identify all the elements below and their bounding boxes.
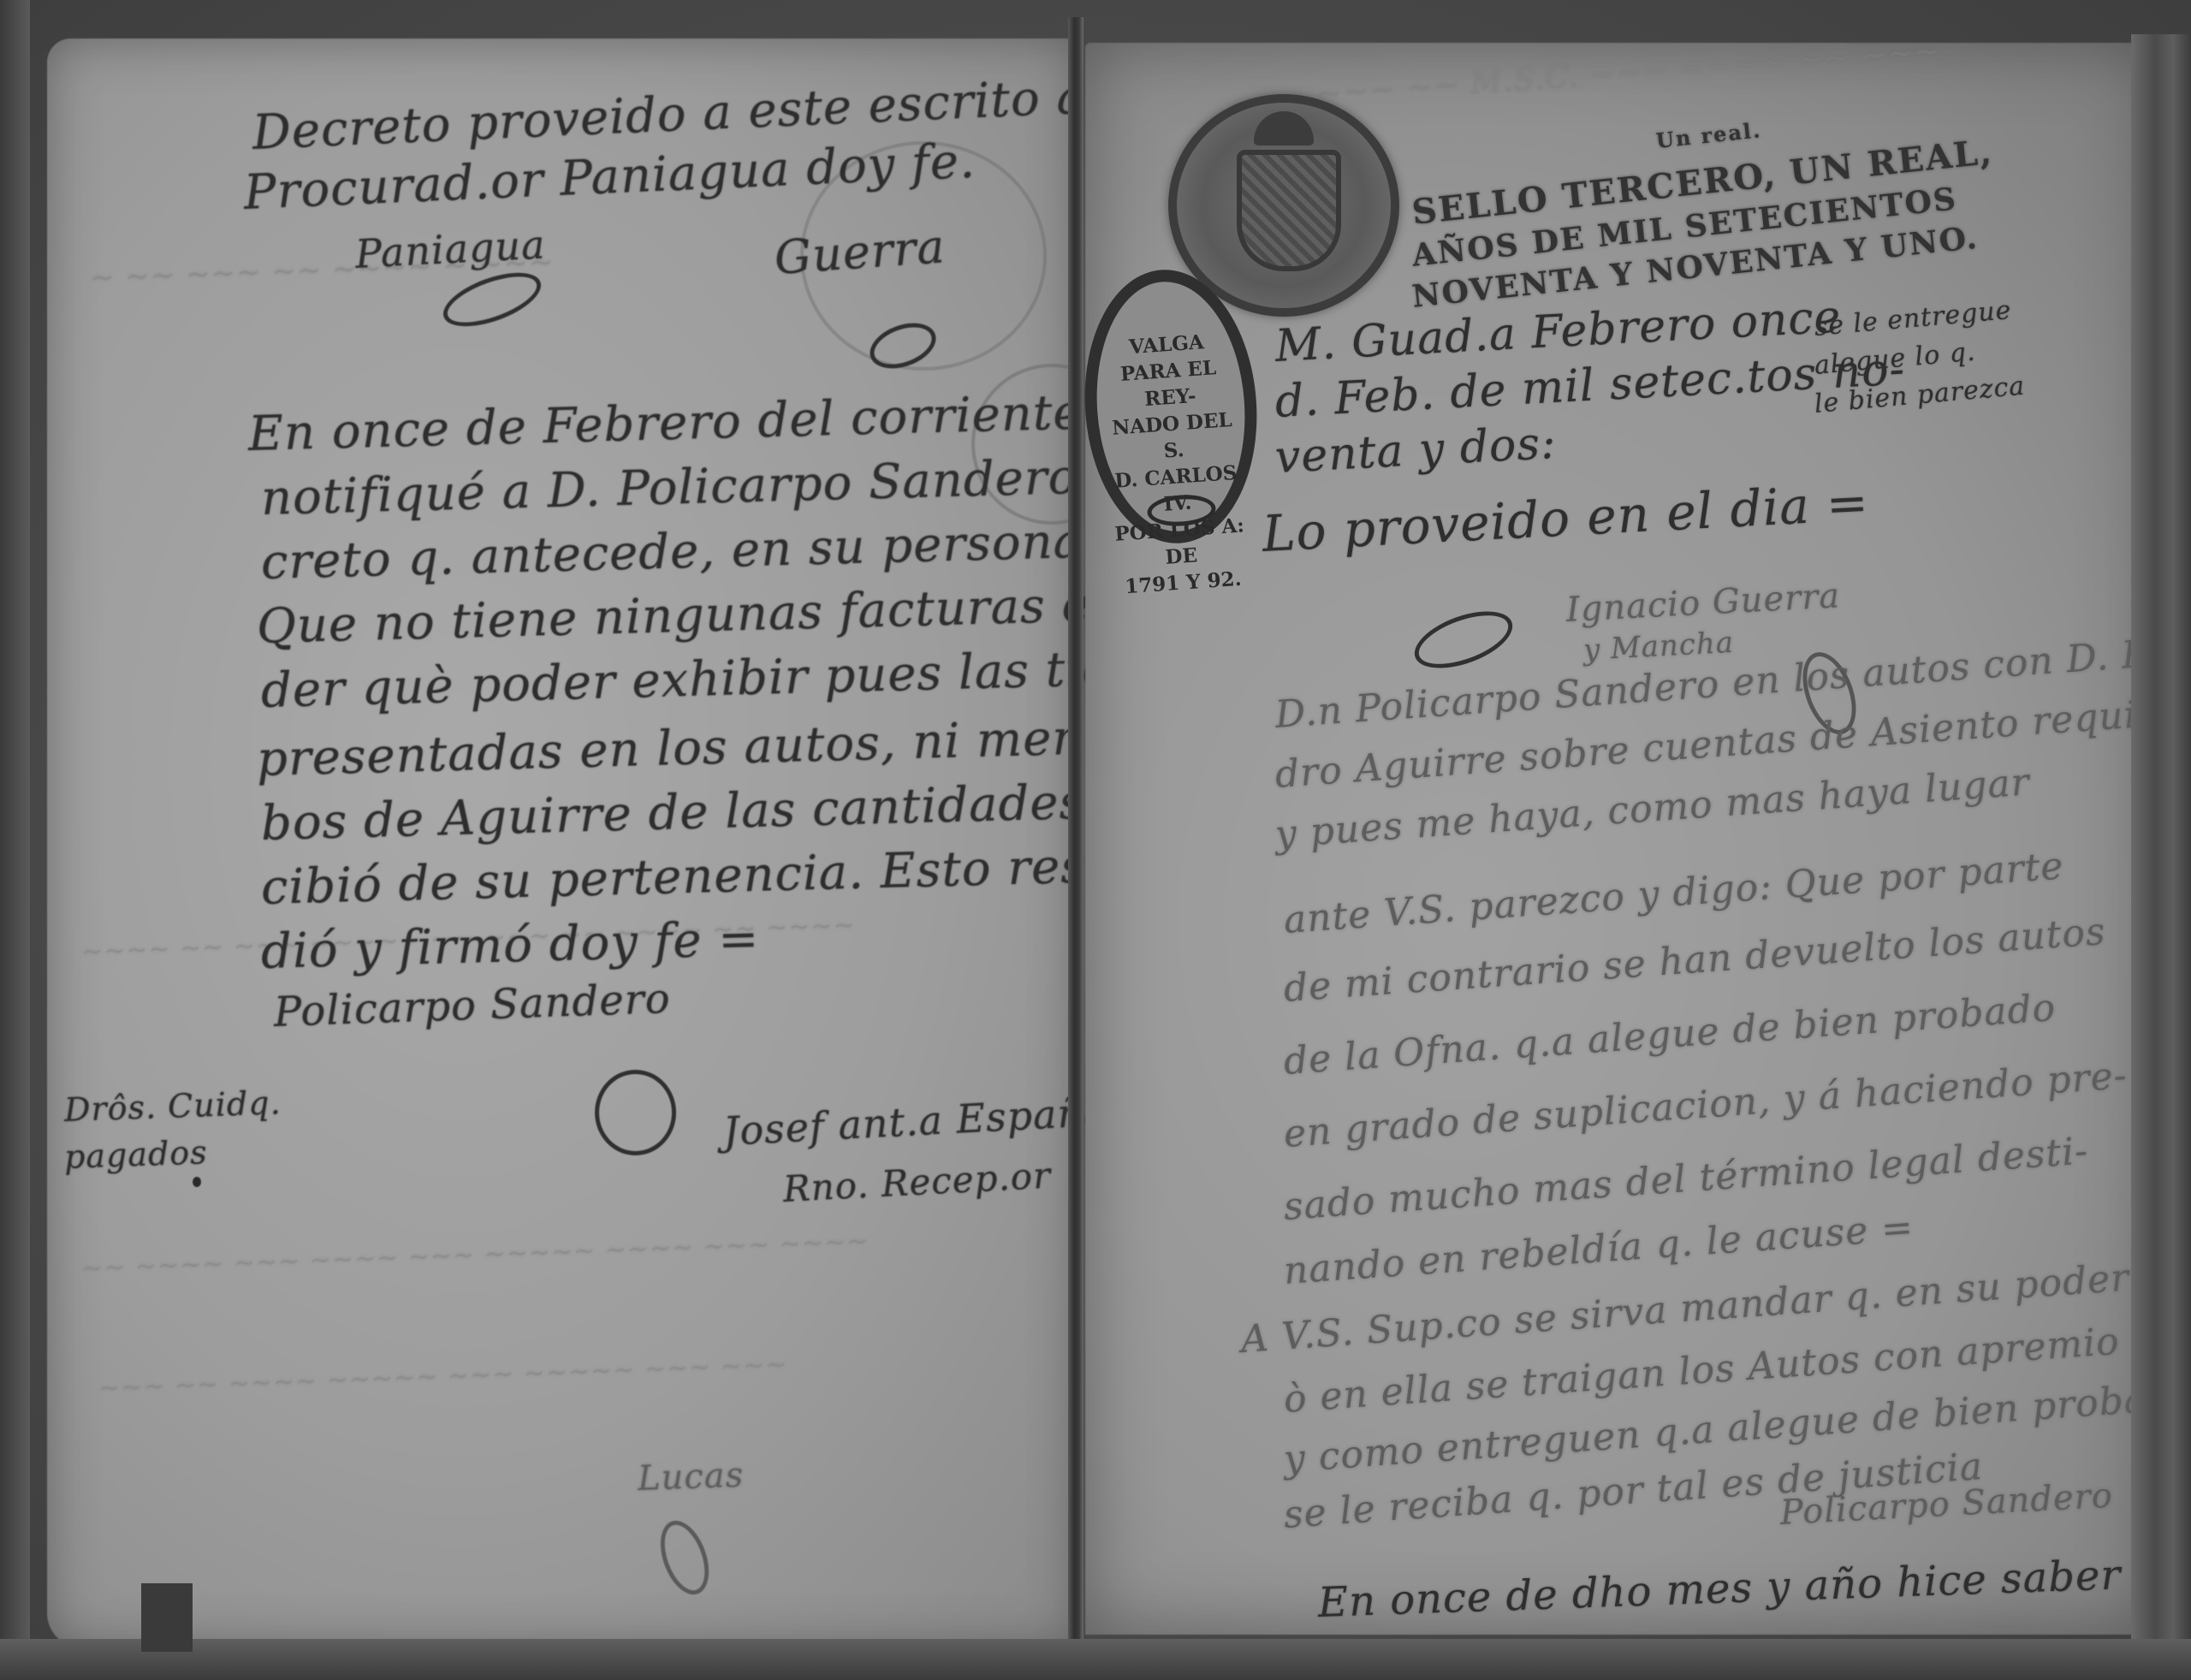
bottom-rubric <box>651 1514 718 1601</box>
margin-note-line-1: Drôs. Cuidq. <box>63 1083 282 1129</box>
bottom-signature: Lucas <box>637 1456 745 1499</box>
ink-dot <box>193 1177 201 1187</box>
left-page: ~ ~~ ~~~ ~~ ~~~~ ~ ~~~ ~~~~ ~~ ~~~ ~~~~~… <box>47 39 1078 1647</box>
bleed-through-text: ~~~ ~~ ~~~~ ~~~~~ ~~~ ~~~~~ ~~~ ~~~ <box>98 1350 787 1404</box>
body-line-5: der què poder exhibir pues las tiene <box>260 639 1173 719</box>
signature-notary-title: Rno. Recep.or <box>782 1155 1053 1210</box>
page-edge-bottom <box>0 1639 2191 1680</box>
body-line-9: dió y firmó doy fe = <box>260 911 760 980</box>
bleed-through-text: ~~ ~~~~ ~~~ ~~~~ ~~~ ~~~~~ ~~~~ ~~~ ~~~~ <box>80 1226 869 1284</box>
coat-of-arms-icon <box>1237 150 1341 271</box>
scanner-edge-left <box>0 0 30 1680</box>
margin-note-line-2: pagados <box>63 1133 208 1176</box>
signature-josef-espana: Josef ant.a España <box>722 1088 1109 1154</box>
crown-icon <box>1254 111 1314 145</box>
oval-seal-text: VALGA PARA EL REY- NADO DEL S. D. CARLOS… <box>1092 326 1257 601</box>
signature-policarpo-sandero: Policarpo Sandero <box>273 975 671 1036</box>
bleed-through-text: ~~~ ~~ M.S.C. ~~~ ~~~~ ~~ ~~~ <box>1315 33 1942 112</box>
notary-rubric <box>595 1070 676 1155</box>
binding-tab <box>141 1583 193 1652</box>
book-spine-gutter <box>1068 17 1084 1677</box>
page-edge-right <box>2131 34 2191 1680</box>
